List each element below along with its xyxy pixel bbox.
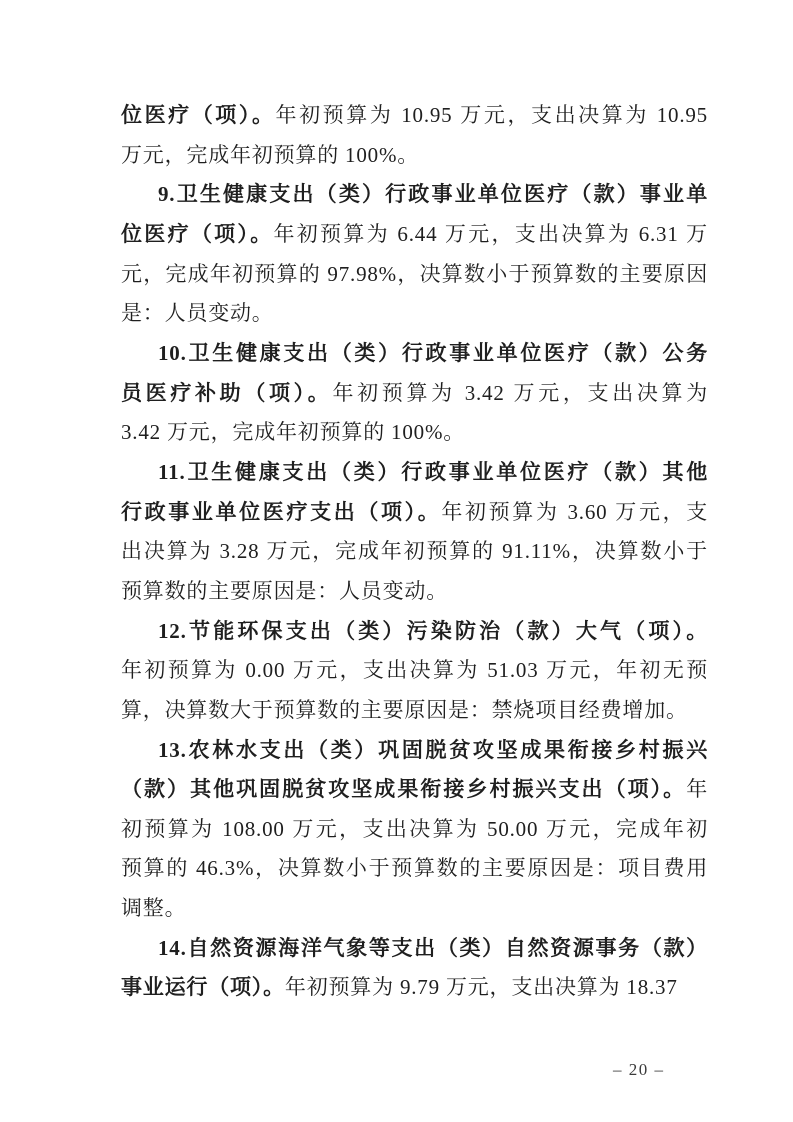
text-line: （款）其他巩固脱贫攻坚成果衔接乡村振兴支出（项）。年 <box>121 770 708 810</box>
text-line: 10.卫生健康支出（类）行政事业单位医疗（款）公务 <box>121 334 708 374</box>
regular-run: 3.42 万元，完成年初预算的 100%。 <box>121 420 465 444</box>
text-line: 行政事业单位医疗支出（项）。年初预算为 3.60 万元，支 <box>121 493 708 533</box>
bold-run: 位医疗（项）。 <box>121 222 273 246</box>
regular-run: 年初预算为 6.44 万元，支出决算为 6.31 万 <box>273 222 708 246</box>
text-line: 初预算为 108.00 万元，支出决算为 50.00 万元，完成年初 <box>121 810 708 850</box>
text-line: 员医疗补助（项）。年初预算为 3.42 万元，支出决算为 <box>121 374 708 414</box>
regular-run: 元，完成年初预算的 97.98%，决算数小于预算数的主要原因 <box>121 262 708 286</box>
bold-run: 10.卫生健康支出（类）行政事业单位医疗（款）公务 <box>158 341 708 365</box>
text-line: 是：人员变动。 <box>121 294 708 334</box>
bold-run: 14.自然资源海洋气象等支出（类）自然资源事务（款） <box>158 936 708 960</box>
regular-run: 年初预算为 3.60 万元，支 <box>441 500 708 524</box>
text-line: 14.自然资源海洋气象等支出（类）自然资源事务（款） <box>121 929 708 969</box>
bold-run: 事业运行（项）。 <box>121 975 285 999</box>
text-line: 预算的 46.3%，决算数小于预算数的主要原因是：项目费用 <box>121 849 708 889</box>
text-line: 预算数的主要原因是：人员变动。 <box>121 572 708 612</box>
text-line: 万元，完成年初预算的 100%。 <box>121 136 708 176</box>
text-line: 出决算为 3.28 万元，完成年初预算的 91.11%，决算数小于 <box>121 532 708 572</box>
text-line: 位医疗（项）。年初预算为 6.44 万元，支出决算为 6.31 万 <box>121 215 708 255</box>
page-number: – 20 – <box>613 1059 665 1081</box>
bold-run: 13.农林水支出（类）巩固脱贫攻坚成果衔接乡村振兴 <box>158 738 708 762</box>
text-line: 元，完成年初预算的 97.98%，决算数小于预算数的主要原因 <box>121 255 708 295</box>
text-line: 13.农林水支出（类）巩固脱贫攻坚成果衔接乡村振兴 <box>121 731 708 771</box>
bold-run: 位医疗（项）。 <box>121 103 276 127</box>
text-line: 调整。 <box>121 889 708 929</box>
bold-run: 11.卫生健康支出（类）行政事业单位医疗（款）其他 <box>158 460 708 484</box>
bold-run: 12.节能环保支出（类）污染防治（款）大气（项）。 <box>158 619 708 643</box>
body-text: 位医疗（项）。年初预算为 10.95 万元，支出决算为 10.95万元，完成年初… <box>121 96 708 1008</box>
document-page: 位医疗（项）。年初预算为 10.95 万元，支出决算为 10.95万元，完成年初… <box>0 0 793 1122</box>
regular-run: 是：人员变动。 <box>121 301 274 325</box>
regular-run: 调整。 <box>121 896 186 920</box>
regular-run: 年初预算为 10.95 万元，支出决算为 10.95 <box>276 103 708 127</box>
text-line: 11.卫生健康支出（类）行政事业单位医疗（款）其他 <box>121 453 708 493</box>
regular-run: 预算的 46.3%，决算数小于预算数的主要原因是：项目费用 <box>121 856 708 880</box>
text-line: 9.卫生健康支出（类）行政事业单位医疗（款）事业单 <box>121 175 708 215</box>
regular-run: 年初预算为 9.79 万元，支出决算为 18.37 <box>285 975 678 999</box>
bold-run: 员医疗补助（项）。 <box>121 381 332 405</box>
regular-run: 出决算为 3.28 万元，完成年初预算的 91.11%，决算数小于 <box>121 539 708 563</box>
text-line: 事业运行（项）。年初预算为 9.79 万元，支出决算为 18.37 <box>121 968 708 1008</box>
bold-run: 9.卫生健康支出（类）行政事业单位医疗（款）事业单 <box>158 182 708 206</box>
regular-run: 算，决算数大于预算数的主要原因是：禁烧项目经费增加。 <box>121 698 688 722</box>
bold-run: 行政事业单位医疗支出（项）。 <box>121 500 441 524</box>
text-line: 3.42 万元，完成年初预算的 100%。 <box>121 413 708 453</box>
regular-run: 万元，完成年初预算的 100%。 <box>121 143 419 167</box>
regular-run: 预算数的主要原因是：人员变动。 <box>121 579 448 603</box>
regular-run: 初预算为 108.00 万元，支出决算为 50.00 万元，完成年初 <box>121 817 708 841</box>
text-line: 算，决算数大于预算数的主要原因是：禁烧项目经费增加。 <box>121 691 708 731</box>
regular-run: 年初预算为 0.00 万元，支出决算为 51.03 万元，年初无预 <box>121 658 708 682</box>
text-line: 12.节能环保支出（类）污染防治（款）大气（项）。 <box>121 612 708 652</box>
regular-run: 年 <box>686 777 708 801</box>
text-line: 年初预算为 0.00 万元，支出决算为 51.03 万元，年初无预 <box>121 651 708 691</box>
text-line: 位医疗（项）。年初预算为 10.95 万元，支出决算为 10.95 <box>121 96 708 136</box>
regular-run: 年初预算为 3.42 万元，支出决算为 <box>332 381 708 405</box>
bold-run: （款）其他巩固脱贫攻坚成果衔接乡村振兴支出（项）。 <box>121 777 686 801</box>
